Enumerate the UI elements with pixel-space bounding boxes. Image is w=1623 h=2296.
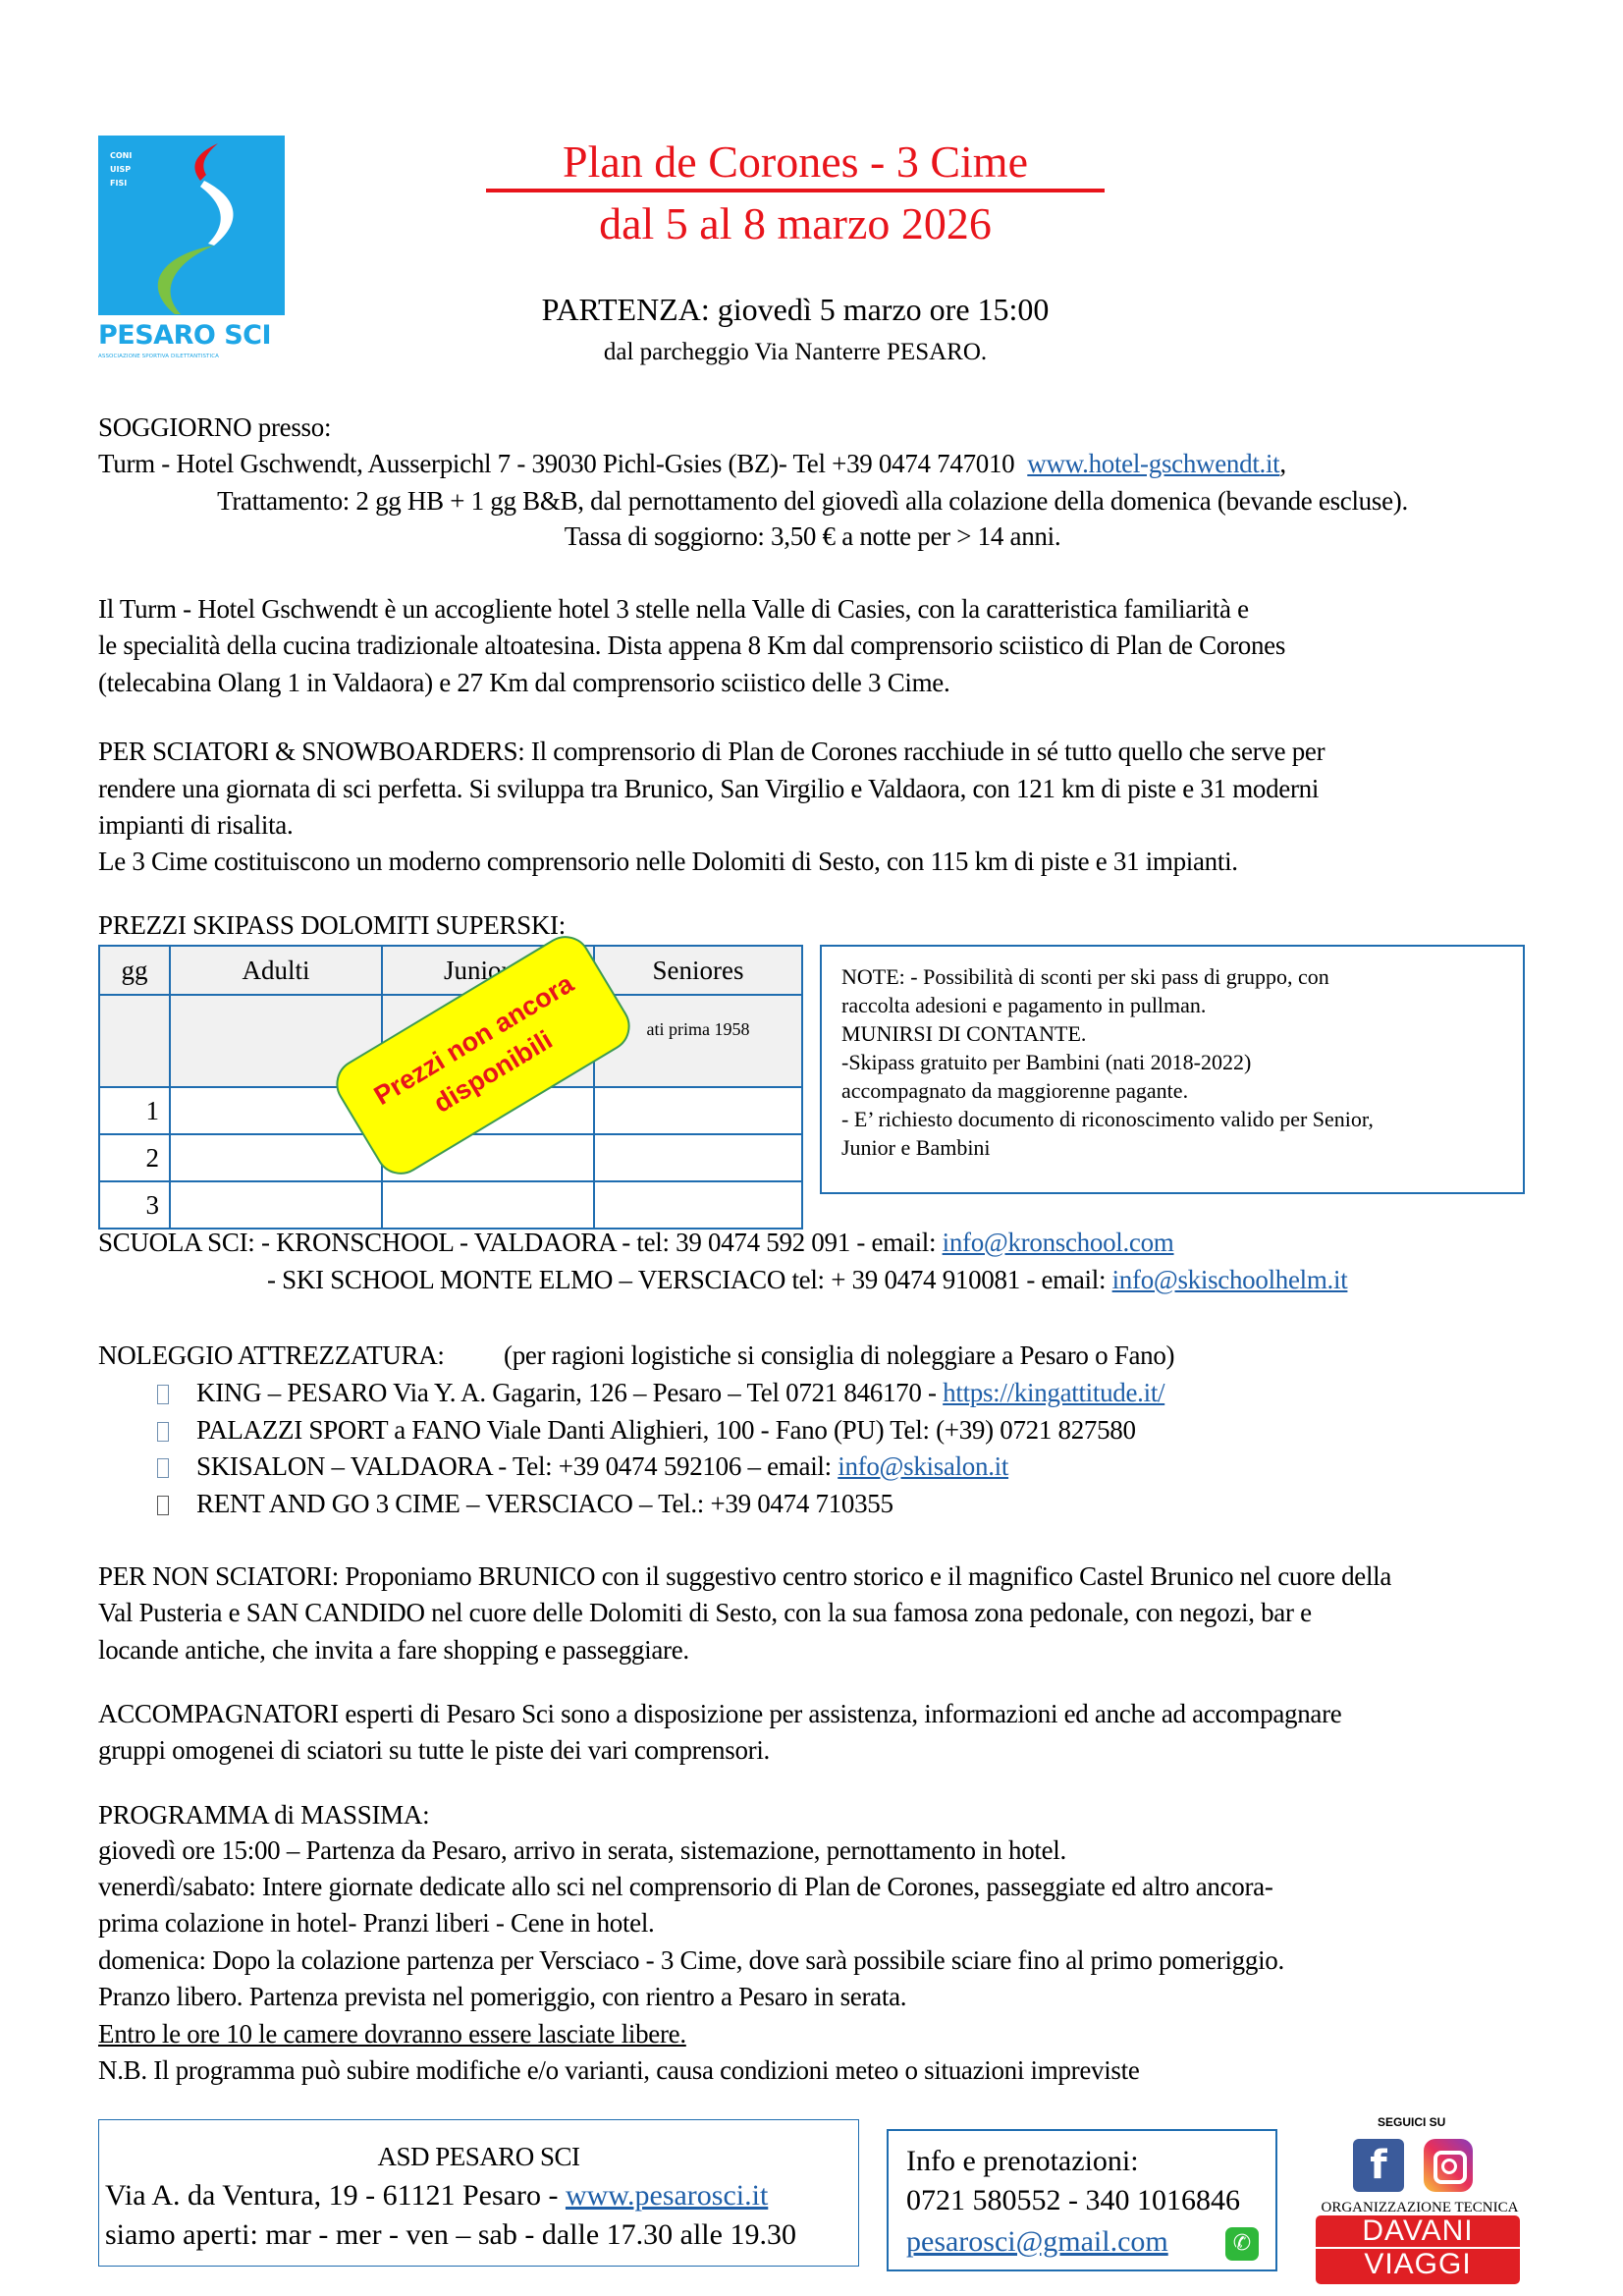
association-address: Via A. da Ventura, 19 - 61121 Pesaro -: [105, 2179, 558, 2212]
skisalon-email-link[interactable]: info@skisalon.it: [838, 1451, 1008, 1481]
rental-item: SKISALON – VALDAORA - Tel: +39 0474 5921…: [196, 1449, 1008, 1485]
booking-phones: 0721 580552 - 340 1016846: [906, 2184, 1240, 2217]
ski-school-kronschool: SCUOLA SCI: - KRONSCHOOL - VALDAORA - te…: [98, 1225, 1174, 1261]
facebook-icon[interactable]: f: [1353, 2139, 1404, 2192]
checkbox-bullet-icon: [157, 1422, 169, 1442]
page-title: Plan de Corones - 3 Cime: [486, 135, 1105, 190]
hotel-description-line: (telecabina Olang 1 in Valdaora) e 27 Km…: [98, 665, 949, 701]
ski-school-text: - SKI SCHOOL MONTE ELMO – VERSCIACO tel:…: [267, 1265, 1106, 1294]
note-line: -Skipass gratuito per Bambini (nati 2018…: [841, 1048, 1503, 1076]
guides-line: ACCOMPAGNATORI esperti di Pesaro Sci son…: [98, 1696, 1341, 1732]
hotel-address: Turm - Hotel Gschwendt, Ausserpichl 7 - …: [98, 449, 1014, 478]
non-skiers-line: Val Pusteria e SAN CANDIDO nel cuore del…: [98, 1595, 1312, 1631]
non-skiers-line: PER NON SCIATORI: Proponiamo BRUNICO con…: [98, 1558, 1391, 1595]
pesarosci-website-link[interactable]: www.pesarosci.it: [566, 2179, 768, 2212]
price-cell: [594, 1087, 802, 1134]
table-row: 3: [99, 1181, 802, 1229]
whatsapp-icon[interactable]: ✆: [1225, 2227, 1259, 2261]
price-cell: [170, 1134, 382, 1181]
booking-email-link[interactable]: pesarosci@gmail.com: [906, 2225, 1168, 2259]
instagram-icon[interactable]: [1424, 2139, 1473, 2192]
ski-track-icon: [98, 136, 285, 315]
booking-info-box: Info e prenotazioni: 0721 580552 - 340 1…: [887, 2129, 1277, 2271]
hotel-description-line: Il Turm - Hotel Gschwendt è un accoglien…: [98, 591, 1249, 628]
checkbox-bullet-icon: [157, 1385, 169, 1404]
rental-item: PALAZZI SPORT a FANO Viale Danti Alighie…: [196, 1412, 1136, 1449]
column-header: gg: [99, 946, 170, 995]
program-line: giovedì ore 15:00 – Partenza da Pesaro, …: [98, 1832, 1066, 1869]
rental-item: RENT AND GO 3 CIME – VERSCIACO – Tel.: +…: [196, 1486, 893, 1522]
non-skiers-line: locande antiche, che invita a fare shopp…: [98, 1632, 689, 1668]
column-header: Adulti: [170, 946, 382, 995]
days-cell: 3: [99, 1181, 170, 1229]
hotel-description-line: le specialità della cucina tradizionale …: [98, 628, 1285, 664]
agency-name-line: VIAGGI: [1316, 2249, 1520, 2280]
days-cell: 2: [99, 1134, 170, 1181]
table-header-row: gg Adulti Juniores Seniores: [99, 946, 802, 995]
skiers-line: rendere una giornata di sci perfetta. Si…: [98, 771, 1319, 807]
association-address-line: Via A. da Ventura, 19 - 61121 Pesaro - w…: [105, 2179, 768, 2213]
rental-hint: (per ragioni logistiche si consiglia di …: [504, 1338, 1174, 1374]
tourist-tax: Tassa di soggiorno: 3,50 € a notte per >…: [98, 519, 1527, 555]
logo-subtitle: ASSOCIAZIONE SPORTIVA DILETTANTISTICA: [98, 354, 285, 359]
price-cell: [594, 1181, 802, 1229]
days-cell: 1: [99, 1087, 170, 1134]
note-line: - E’ richiesto documento di riconoscimen…: [841, 1105, 1503, 1133]
checkbox-bullet-icon: [157, 1458, 169, 1478]
logo-square: CONI UISP FISI: [98, 136, 285, 315]
title-underline: [486, 189, 1105, 192]
agency-name-line: DAVANI: [1316, 2215, 1520, 2249]
rental-item: KING – PESARO Via Y. A. Gagarin, 126 – P…: [196, 1375, 1164, 1411]
rental-item-text: RENT AND GO 3 CIME – VERSCIACO – Tel.: +…: [196, 1489, 893, 1518]
comma: ,: [1279, 449, 1285, 478]
kingattitude-link[interactable]: https://kingattitude.it/: [943, 1378, 1164, 1407]
price-cell: [382, 1181, 594, 1229]
program-label: PROGRAMMA di MASSIMA:: [98, 1797, 429, 1833]
association-info-box: ASD PESARO SCI Via A. da Ventura, 19 - 6…: [98, 2119, 859, 2267]
association-name: ASD PESARO SCI: [99, 2142, 858, 2172]
note-line: accompagnato da maggiorenne pagante.: [841, 1076, 1503, 1105]
program-line: venerdì/sabato: Intere giornate dedicate…: [98, 1869, 1273, 1905]
price-cell: [594, 1134, 802, 1181]
treatment-info: Trattamento: 2 gg HB + 1 gg B&B, dal per…: [98, 483, 1527, 519]
booking-label: Info e prenotazioni:: [906, 2145, 1139, 2178]
subheader-cell: [99, 995, 170, 1087]
pesaro-sci-logo: CONI UISP FISI PESARO SCI ASSOCIAZIONE S…: [98, 136, 285, 365]
program-line: domenica: Dopo la colazione partenza per…: [98, 1942, 1284, 1979]
skipass-label: PREZZI SKIPASS DOLOMITI SUPERSKI:: [98, 907, 566, 944]
rental-label: NOLEGGIO ATTREZZATURA:: [98, 1338, 445, 1374]
opening-hours: siamo aperti: mar - mer - ven – sab - da…: [105, 2218, 796, 2252]
skiers-line: PER SCIATORI & SNOWBOARDERS: Il comprens…: [98, 734, 1325, 770]
skischoolhelm-email-link[interactable]: info@skischoolhelm.it: [1112, 1265, 1348, 1294]
note-line: Junior e Bambini: [841, 1133, 1503, 1162]
price-cell: [170, 1181, 382, 1229]
skiers-line: impianti di risalita.: [98, 807, 293, 844]
stay-label: SOGGIORNO presso:: [98, 410, 331, 446]
ski-school-monte-elmo: - SKI SCHOOL MONTE ELMO – VERSCIACO tel:…: [267, 1262, 1347, 1298]
rental-item-text: SKISALON – VALDAORA - Tel: +39 0474 5921…: [196, 1451, 832, 1481]
ski-school-text: SCUOLA SCI: - KRONSCHOOL - VALDAORA - te…: [98, 1228, 936, 1257]
note-line: MUNIRSI DI CONTANTE.: [841, 1019, 1503, 1048]
hotel-website-link[interactable]: www.hotel-gschwendt.it: [1027, 449, 1279, 478]
note-line: raccolta adesioni e pagamento in pullman…: [841, 991, 1503, 1019]
departure-place: dal parcheggio Via Nanterre PESARO.: [393, 337, 1198, 368]
checkbox-bullet-icon: [157, 1496, 169, 1515]
follow-us-label: SEGUICI SU: [1378, 2115, 1445, 2129]
davani-viaggi-logo: DAVANI VIAGGI: [1316, 2215, 1520, 2284]
guides-line: gruppi omogenei di sciatori su tutte le …: [98, 1732, 770, 1769]
hotel-line: Turm - Hotel Gschwendt, Ausserpichl 7 - …: [98, 446, 1286, 482]
rental-item-text: KING – PESARO Via Y. A. Gagarin, 126 – P…: [196, 1378, 937, 1407]
rental-item-text: PALAZZI SPORT a FANO Viale Danti Alighie…: [196, 1415, 1136, 1445]
program-disclaimer: N.B. Il programma può subire modifiche e…: [98, 2052, 1140, 2089]
checkout-notice: Entro le ore 10 le camere dovranno esser…: [98, 2016, 686, 2052]
program-line: Pranzo libero. Partenza prevista nel pom…: [98, 1979, 906, 2015]
column-header: Seniores: [594, 946, 802, 995]
trip-dates: dal 5 al 8 marzo 2026: [486, 196, 1105, 251]
program-line: prima colazione in hotel- Pranzi liberi …: [98, 1905, 655, 1941]
logo-brand: PESARO SCI: [98, 320, 285, 351]
skiers-line: Le 3 Cime costituiscono un moderno compr…: [98, 844, 1238, 880]
notes-box: NOTE: - Possibilità di sconti per ski pa…: [820, 945, 1525, 1194]
note-line: NOTE: - Possibilità di sconti per ski pa…: [841, 962, 1503, 991]
departure-info: PARTENZA: giovedì 5 marzo ore 15:00: [393, 290, 1198, 329]
kronschool-email-link[interactable]: info@kronschool.com: [943, 1228, 1174, 1257]
